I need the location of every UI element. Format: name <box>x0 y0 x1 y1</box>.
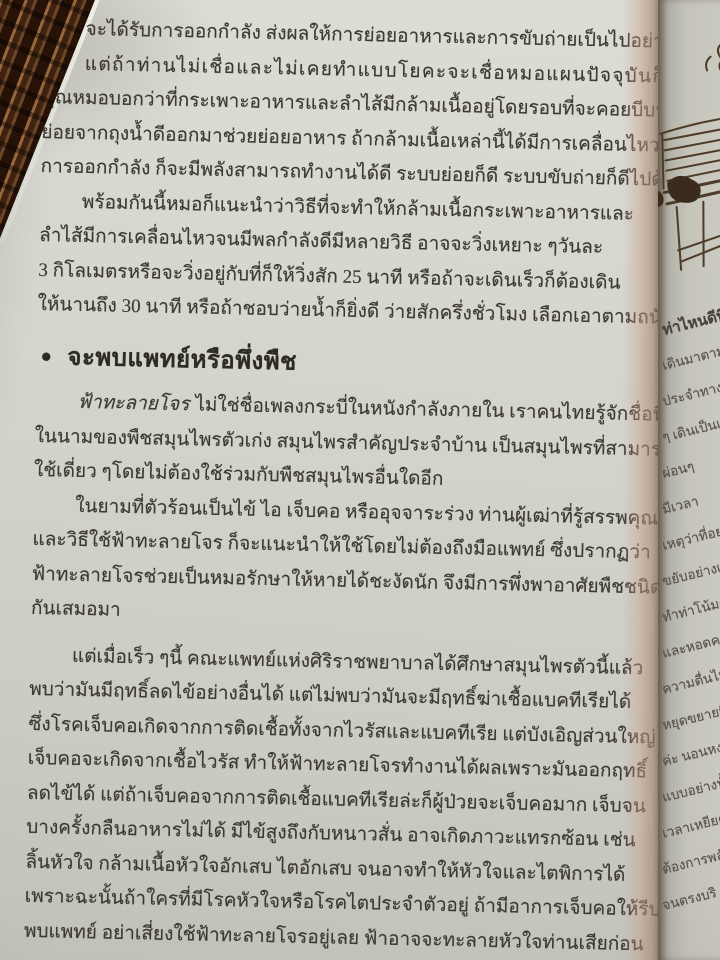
right-book-page: ท่าไหนดีที่ เดินมาตามย ประจำทางอ ๆ เดินเ… <box>658 0 720 960</box>
section-heading-text: จะพบแพทย์หรือพึ่งพืช <box>67 344 297 375</box>
book-photo: จะได้รับการออกกำลัง ส่งผลให้การย่อยอาหาร… <box>0 0 720 960</box>
bullet-icon: ● <box>40 346 52 367</box>
left-book-page: จะได้รับการออกกำลัง ส่งผลให้การย่อยอาหาร… <box>0 0 720 960</box>
text-line-rest: ไม่ใช่ชื่อเพลงกระบี่ในหนังกำลังภายใน เรา… <box>195 394 666 425</box>
bench-sketch-illustration <box>658 21 720 294</box>
page-text-block: จะได้รับการออกกำลัง ส่งผลให้การย่อยอาหาร… <box>24 12 684 960</box>
herb-name-italic: ฟ้าทะลายโจร <box>77 392 189 415</box>
section-heading: ●จะพบแพทย์หรือพึ่งพืช <box>40 340 677 388</box>
right-page-text-fragments: ท่าไหนดีที่ เดินมาตามย ประจำทางอ ๆ เดินเ… <box>664 318 720 930</box>
